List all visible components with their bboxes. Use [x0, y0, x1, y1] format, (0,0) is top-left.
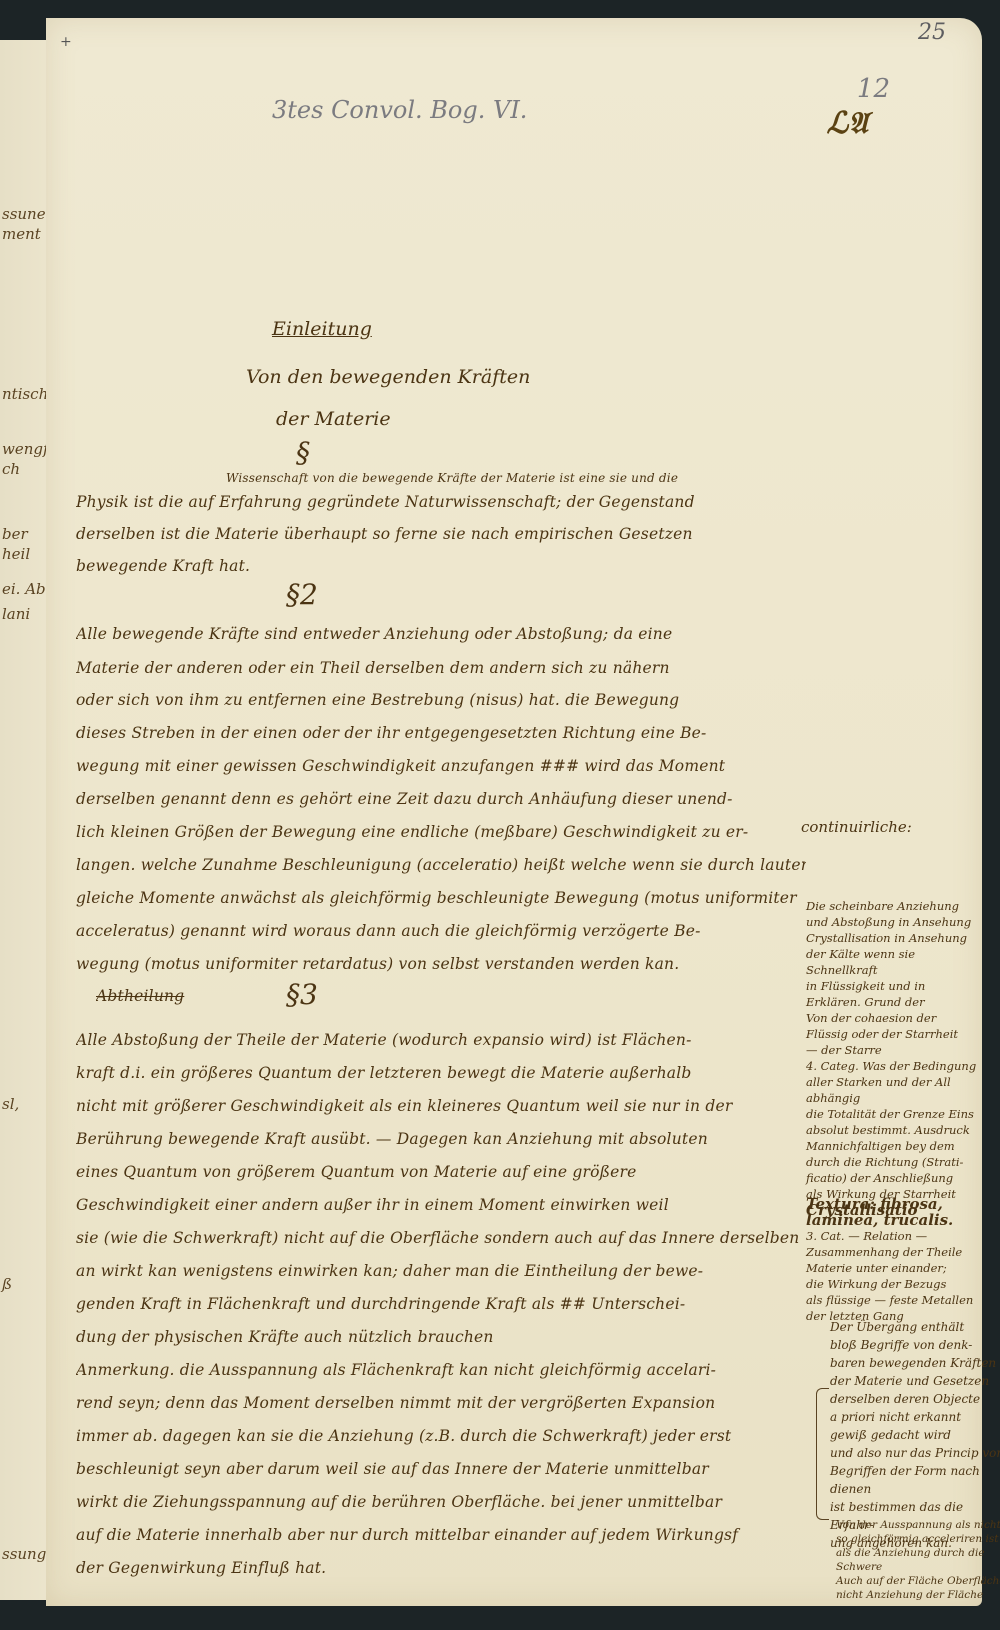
body-line: oder sich von ihm zu entfernen eine Best… [76, 690, 806, 710]
margin-note-1: Die scheinbare Anziehungund Abstoßung in… [806, 898, 981, 1218]
body-line: Physik ist die auf Erfahrung gegründete … [76, 492, 806, 512]
margin-note-continuirliche: continuirliche: [801, 818, 912, 836]
margin-note-4: Von der Ausspannung als nichtso gleichfö… [836, 1518, 1000, 1602]
note-line: wirkt die Ziehungsspannung auf die berüh… [76, 1492, 806, 1512]
adjacent-fragment: ch [2, 460, 20, 478]
manuscript-page: + 25 12 3tes Convol. Bog. VI. ℒ𝔄 Einleit… [46, 18, 982, 1606]
body-line: Alle Abstoßung der Theile der Materie (w… [76, 1030, 806, 1050]
body-line: Materie der anderen oder ein Theil derse… [76, 658, 806, 678]
convolut-label: 3tes Convol. Bog. VI. [272, 96, 527, 124]
body-line: Geschwindigkeit einer andern außer ihr i… [76, 1195, 806, 1215]
body-line: wegung mit einer gewissen Geschwindigkei… [76, 756, 806, 776]
heading-title: Einleitung [272, 318, 372, 340]
adjacent-fragment: ssune [2, 205, 46, 223]
adjacent-fragment: ment [2, 225, 41, 243]
margin-note-2: Textura: fibrosa, laminea, trucalis. 3. … [806, 1196, 981, 1324]
body-line: dung der physischen Kräfte auch nützlich… [76, 1327, 806, 1347]
note-line: immer ab. dagegen kan sie die Anziehung … [76, 1426, 806, 1446]
section-sign-2: §2 [286, 578, 318, 611]
adjacent-fragment: lani [2, 605, 30, 623]
pencil-plus-mark: + [60, 34, 72, 50]
body-line: an wirkt kan wenigstens einwirken kan; d… [76, 1261, 806, 1281]
body-line: langen. welche Zunahme Beschleunigung (a… [76, 855, 806, 875]
body-line: derselben genannt denn es gehört eine Ze… [76, 789, 806, 809]
note-line: Anmerkung. die Ausspannung als Flächenkr… [76, 1360, 806, 1380]
body-line: Alle bewegende Kräfte sind entweder Anzi… [76, 624, 806, 644]
sheet-mark: ℒ𝔄 [827, 106, 869, 141]
margin-bracket [816, 1388, 829, 1520]
adjacent-fragment: wengf [2, 440, 49, 458]
body-line: bewegende Kraft hat. [76, 556, 806, 576]
body-line: eines Quantum von größerem Quantum von M… [76, 1162, 806, 1182]
body-line: gleiche Momente anwächst als gleichförmi… [76, 888, 806, 908]
sheet-number: 12 [857, 74, 890, 104]
section-sign-3: §3 [286, 978, 318, 1011]
body-line: kraft d.i. ein größeres Quantum der letz… [76, 1063, 806, 1083]
note-line: auf die Materie innerhalb aber nur durch… [76, 1525, 806, 1545]
body-line: genden Kraft in Flächenkraft und durchdr… [76, 1294, 806, 1314]
folio-number: 25 [918, 20, 946, 45]
adjacent-fragment: ber [2, 525, 28, 543]
adjacent-fragment: ssung [2, 1545, 46, 1563]
body-line: lich kleinen Größen der Bewegung eine en… [76, 822, 806, 842]
margin-note-3: Der Übergang enthältbloß Begriffe von de… [830, 1318, 1000, 1552]
interlinear-insertion: Wissenschaft von die bewegende Kräfte de… [226, 468, 726, 488]
body-line: sie (wie die Schwerkraft) nicht auf die … [76, 1228, 806, 1248]
adjacent-fragment: sl, [2, 1095, 19, 1113]
deleted-word: Abtheilung [96, 986, 216, 1006]
body-line: dieses Streben in der einen oder der ihr… [76, 723, 806, 743]
body-line: Berührung bewegende Kraft ausübt. — Dage… [76, 1129, 806, 1149]
adjacent-fragment: ß [2, 1275, 12, 1293]
note-line: rend seyn; denn das Moment derselben nim… [76, 1393, 806, 1413]
body-line: wegung (motus uniformiter retardatus) vo… [76, 954, 806, 974]
body-line: acceleratus) genannt wird woraus dann au… [76, 921, 806, 941]
note-line: der Gegenwirkung Einfluß hat. [76, 1558, 806, 1578]
adjacent-fragment: ntisch [2, 385, 48, 403]
adjacent-fragment: heil [2, 545, 30, 563]
note-line: beschleunigt seyn aber darum weil sie au… [76, 1459, 806, 1479]
body-line: nicht mit größerer Geschwindigkeit als e… [76, 1096, 806, 1116]
section-sign-1: § [296, 436, 310, 469]
heading-subtitle-2: der Materie [276, 408, 391, 430]
heading-subtitle-1: Von den bewegenden Kräften [246, 366, 530, 388]
body-line: derselben ist die Materie überhaupt so f… [76, 524, 806, 544]
